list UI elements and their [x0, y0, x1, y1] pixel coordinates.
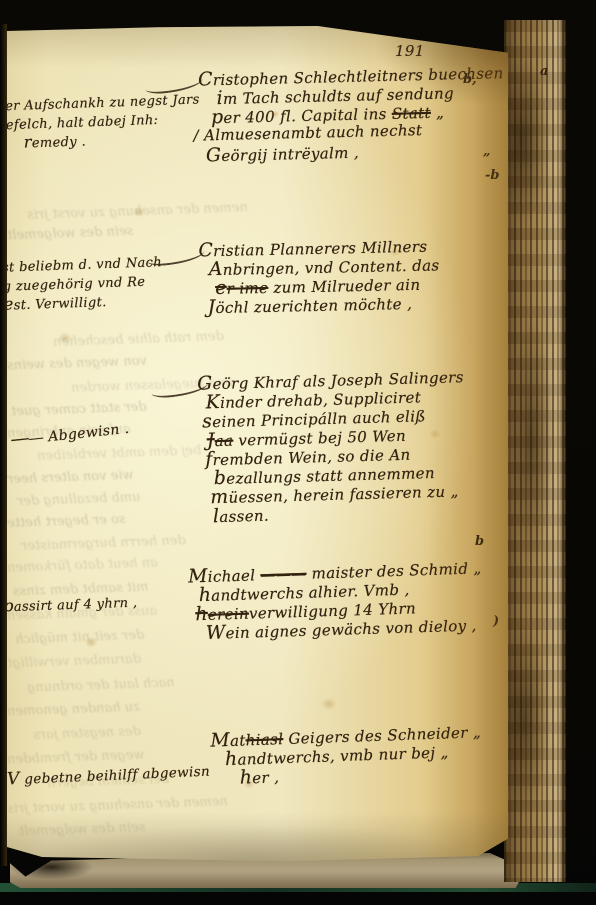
bleedthrough-line: der statt camer guet	[11, 400, 147, 420]
manuscript-line: est. Verwilligt.	[7, 289, 164, 314]
margin-note-2: ist beliebm d. vnd Nachig zuegehörig vnd…	[7, 251, 164, 314]
bleedthrough-line: so er begert hette	[7, 512, 126, 531]
bleedthrough-line: wie von alters heer	[7, 468, 134, 487]
bleedthrough-line: des negsten jars	[33, 724, 141, 743]
bleedthrough-line: zu handen genomen	[7, 700, 140, 720]
left-page-edge	[0, 24, 7, 866]
bleedthrough-line: der zeit nit müglich	[15, 628, 145, 648]
margin-mark: b	[475, 534, 484, 549]
manuscript-entry-4: Michael ——— maister des Schmid „handtwer…	[180, 557, 484, 642]
bleedthrough-line: umb bezallung der	[17, 490, 141, 509]
margin-mark: b,	[463, 72, 477, 87]
margin-mark: -b	[485, 168, 500, 183]
margin-note-4: passirt auf 4 yhrn ,	[7, 592, 138, 616]
manuscript-line: passirt auf 4 yhrn ,	[7, 592, 138, 616]
manuscript-line: V gebetne beihilff abgewisn	[7, 760, 210, 788]
bleedthrough-line: sein des wolgemelt	[7, 224, 134, 243]
margin-note-1: der Aufschankh zu negst Jarsbefelch, hal…	[7, 88, 201, 152]
bleedthrough-line: nemen der ansehung zu vorst jris	[27, 200, 248, 223]
manuscript-entry-5: Mathiasl Geigers des Schneider „handtwer…	[204, 721, 482, 788]
bleedthrough-line: von wegen des weins	[7, 354, 147, 374]
bleedthrough-line: nach laut der ordnung	[27, 675, 175, 695]
bleedthrough-line: nemen der ansehung zu vorst jris	[7, 794, 228, 817]
manuscript-photo: a nemen der ansehung zu vorst jrissein d…	[0, 0, 596, 905]
manuscript-entry-3: Geörg Khraf als Joseph SalingersKinder d…	[185, 366, 468, 526]
manuscript-entry-1: Cristophen Schlechtleitners buechsenim T…	[182, 62, 506, 165]
bleedthrough-line: bej dem ambt verbleiben	[37, 443, 202, 464]
margin-note-footer: V gebetne beihilff abgewisn	[7, 760, 210, 788]
margin-mark: )	[493, 614, 499, 629]
manuscript-page: nemen der ansehung zu vorst jrissein des…	[7, 26, 508, 862]
bleedthrough-line: sein des wolgemelt	[19, 820, 146, 839]
page-number: 191	[395, 42, 425, 60]
manuscript-line: ―― Abgewisn .	[10, 418, 130, 449]
bleedthrough-line: den herrn burgermaister	[21, 533, 186, 554]
bleedthrough-line: an heut dato fürkomen	[7, 555, 158, 575]
book-fore-edge	[504, 20, 566, 882]
manuscript-entry-2: Cristian Plannerers MillnersAnbringen, v…	[184, 235, 440, 316]
bleedthrough-line: dem rath alhie beschehen	[53, 329, 224, 350]
margin-note-3: ―― Abgewisn .	[10, 418, 130, 449]
manuscript-line: Jöchl zuerichten möchte ,	[207, 292, 440, 316]
bleedthrough-line: darumben verwilligt	[7, 652, 141, 672]
fore-edge-mark: a	[540, 64, 548, 79]
margin-mark: „	[483, 144, 490, 159]
